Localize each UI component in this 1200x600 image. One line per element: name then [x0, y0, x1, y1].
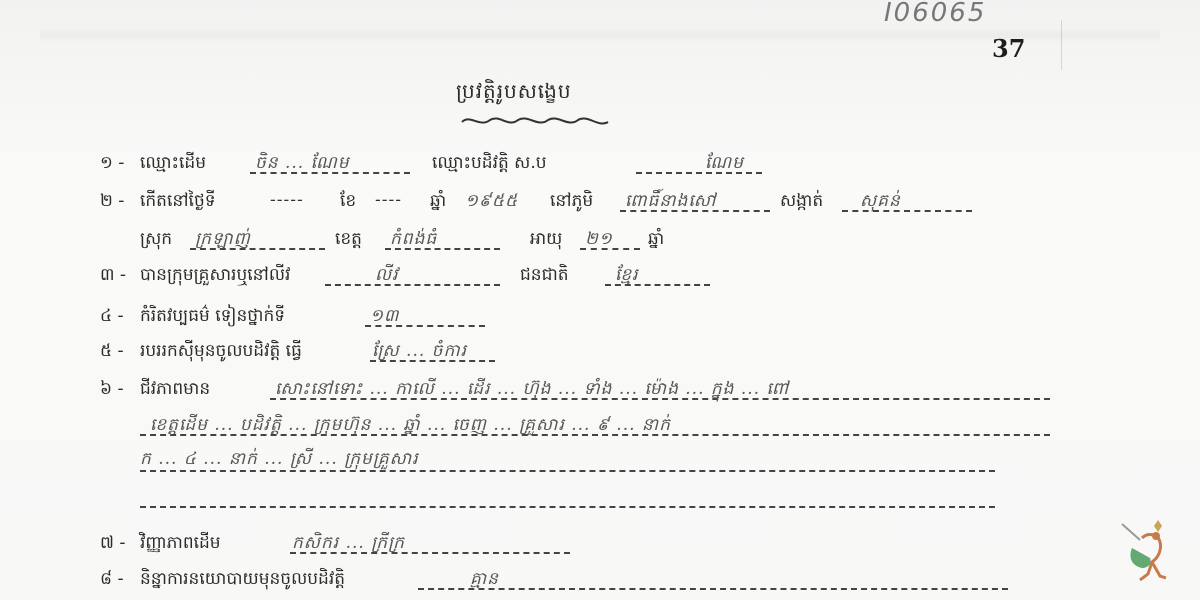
page-number: 37 — [992, 34, 1025, 63]
field-label-original-name: ឈ្មោះដើម — [140, 152, 206, 177]
field-number: ៨ - — [100, 568, 124, 593]
field-label-birth-day: កើតនៅថ្ងៃទី — [140, 190, 216, 215]
field-number: ៦ - — [100, 378, 124, 403]
field-value-political-tendency: គ្មាន — [470, 568, 499, 593]
field-value-birth-day: ----- — [270, 190, 304, 210]
field-value-class-origin: កសិករ ... ក្រីក្រ — [292, 532, 405, 557]
fill-line — [140, 506, 995, 508]
field-label-year: ឆ្នាំ — [430, 190, 446, 215]
field-value-month: ---- — [375, 190, 402, 210]
field-label-district: ស្រុក — [140, 228, 172, 253]
field-value-nationality: ខ្មែរ — [615, 264, 639, 289]
title-ornament-icon — [460, 114, 610, 128]
field-value-marital-status: លីវ — [375, 264, 399, 289]
field-value-age: ២១ — [585, 228, 613, 253]
field-label-marital-status: បានក្រុមគ្រួសារឬនៅលីវ — [140, 264, 290, 289]
field-value-living-standard-line-2: ខេត្តដើម ... បដិវត្តិ ... ក្រុមហ៊ុន ... … — [150, 414, 671, 439]
field-label-nationality: ជនជាតិ — [520, 264, 569, 289]
field-value-commune: សុគន់ — [860, 190, 901, 215]
field-label-month: ខែ — [340, 190, 356, 215]
field-number: ១ - — [100, 152, 124, 177]
field-label-education: កំរិតវប្បធម៌ ទៀនថ្នាក់ទី — [140, 305, 285, 330]
field-label-living-standard: ជីវភាពមាន — [140, 378, 210, 403]
field-label-age: អាយុ — [530, 228, 562, 253]
field-number: ៥ - — [100, 340, 124, 365]
hanuman-emblem-icon — [1118, 518, 1178, 588]
field-value-year: ១៩៥៥ — [465, 190, 518, 215]
field-number: ៤ - — [100, 305, 124, 330]
field-value-education: ១៣ — [370, 305, 399, 330]
field-number: ៣ - — [100, 264, 126, 289]
field-value-living-standard-line-1: សោះនៅទោះ ... កាលើ ... ដើរ ... ហ៊ុង ... ទ… — [275, 378, 789, 403]
field-label-province: ខេត្ត — [335, 228, 362, 253]
fill-line — [418, 588, 1008, 590]
handwritten-document-id: I06065 — [884, 0, 986, 28]
field-value-village: ពោធិ៍នាងសៅ — [625, 190, 716, 215]
fill-line — [325, 284, 500, 286]
page-fold-mark — [1061, 20, 1062, 70]
field-value-province: កំពង់ធំ — [390, 228, 437, 253]
field-number: ៧ - — [100, 532, 125, 557]
field-number: ២ - — [100, 190, 124, 215]
scanned-document-page: I06065 37 ប្រវត្តិរូបសង្ខេប ១ - ឈ្មោះដើម… — [0, 0, 1200, 600]
field-label-political-tendency: និន្នាការនយោបាយមុនចូលបដិវត្តិ — [140, 568, 345, 593]
field-label-class-origin: វិញ្ញាភាពដើម — [140, 532, 221, 557]
field-value-district: ក្រឡាញ់ — [195, 228, 251, 253]
field-label-village: នៅភូមិ — [550, 190, 593, 215]
field-value-original-name: ចិន ... ណែម — [255, 152, 350, 177]
field-value-revolutionary-name: ណែម — [705, 152, 744, 177]
field-value-living-standard-line-3: ក ... ៤ ... នាក់ ... ស្រី ... ក្រុមគ្រួស… — [140, 448, 419, 473]
field-label-occupation: របររកស៊ីមុនចូលបដិវត្តិ ធ្វើ — [140, 340, 302, 365]
document-title: ប្រវត្តិរូបសង្ខេប — [456, 78, 572, 108]
field-value-occupation: ស្រែ ... ចំការ — [372, 340, 467, 365]
field-label-years: ឆ្នាំ — [648, 228, 664, 253]
field-label-commune: សង្កាត់ — [780, 190, 823, 215]
field-label-revolutionary-name: ឈ្មោះបដិវត្តិ ស.ប — [432, 152, 547, 177]
